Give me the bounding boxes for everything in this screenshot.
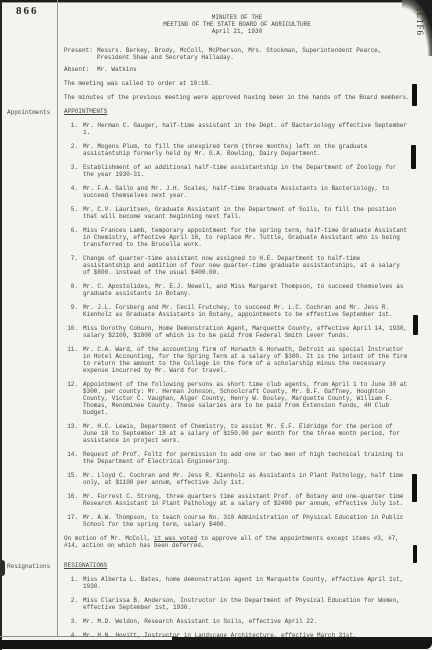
appointment-item: 11.Mr. C.A. Ward, of the accounting firm… — [64, 346, 410, 374]
item-text: Change of quarter-time assistant now ass… — [78, 255, 410, 276]
appointments-motion: On motion of Mr. McColl, it was voted to… — [64, 535, 410, 549]
appointment-item: 15.Mr. Lloyd C. Cochran and Mr. Jess R. … — [64, 472, 410, 486]
item-text: Miss Dorothy Coburn, Home Demonstration … — [78, 325, 410, 339]
resignations-margin-label: Resignations — [0, 562, 58, 646]
resignation-item: 3.Mr. M.D. Weldon, Research Assistant in… — [64, 618, 410, 625]
resignations-heading: RESIGNATIONS — [64, 562, 410, 569]
item-number: 7. — [64, 255, 78, 276]
absent-names: Mr. Watkins — [97, 66, 410, 73]
item-number: 16. — [64, 493, 78, 507]
item-number: 1. — [64, 122, 78, 136]
item-text: Request of Prof. Foltz for permission to… — [78, 451, 410, 465]
absent-line: Absent: Mr. Watkins — [64, 66, 410, 73]
title-line-2: MEETING OF THE STATE BOARD OF AGRICULTUR… — [64, 21, 410, 28]
item-text: Mr. J.L. Forsberg and Mr. Cecil Frutchey… — [78, 304, 410, 318]
item-number: 17. — [64, 514, 78, 528]
item-text: Mr. C.A. Ward, of the accounting firm of… — [78, 346, 410, 374]
item-number: 13. — [64, 423, 78, 444]
item-text: Mr. A.W. Thompson, to teach course No. 3… — [78, 514, 410, 528]
item-text: Mr. H.C. Lewis, Department of Chemistry,… — [78, 423, 410, 444]
item-number: 5. — [64, 206, 78, 220]
appointment-item: 17.Mr. A.W. Thompson, to teach course No… — [64, 514, 410, 528]
resignations-section: Resignations RESIGNATIONS 1.Miss Alberta… — [0, 562, 432, 646]
item-text: Miss Alberta L. Bates, home demonstratio… — [78, 576, 410, 590]
item-text: Mr. Herman C. Gauger, half-time assistan… — [78, 122, 410, 136]
item-text: Mr. C. Apostolides, Mr. E.J. Newell, and… — [78, 283, 410, 297]
item-number: 2. — [64, 597, 78, 611]
item-number: 8. — [64, 283, 78, 297]
item-text: Mr. F.A. Gallo and Mr. J.H. Scales, half… — [78, 185, 410, 199]
item-text: Establishment of an additional half-time… — [78, 164, 410, 178]
appointment-item: 10.Miss Dorothy Coburn, Home Demonstrati… — [64, 325, 410, 339]
appointment-item: 1.Mr. Herman C. Gauger, half-time assist… — [64, 122, 410, 136]
resignation-item: 2.Miss Clarissa B. Anderson, Instructor … — [64, 597, 410, 611]
title-line-3: April 21, 1930 — [64, 28, 410, 35]
item-text: Miss Frances Lamb, temporary appointment… — [78, 227, 410, 248]
item-text: Mr. C.V. Lauritsen, Graduate Assistant i… — [78, 206, 410, 220]
scan-edge-top-shadow — [0, 2, 432, 3]
appointment-item: 9.Mr. J.L. Forsberg and Mr. Cecil Frutch… — [64, 304, 410, 318]
item-number: 4. — [64, 185, 78, 199]
called-to-order-paragraph: The meeting was called to order at 10:18… — [64, 80, 410, 87]
appointment-item: 13.Mr. H.C. Lewis, Department of Chemist… — [64, 423, 410, 444]
item-number: 9. — [64, 304, 78, 318]
present-line: Present: Messrs. Berkey, Brody, McColl, … — [64, 47, 410, 61]
minutes-approved-paragraph: The minutes of the previous meeting were… — [64, 94, 410, 101]
item-text: Appointment of the following persons as … — [78, 381, 410, 416]
present-label: Present: — [64, 47, 97, 61]
appointments-margin-label: Appointments — [0, 108, 58, 557]
item-number: 3. — [64, 618, 78, 625]
appointment-item: 12.Appointment of the following persons … — [64, 381, 410, 416]
item-number: 11. — [64, 346, 78, 374]
appointment-item: 4.Mr. F.A. Gallo and Mr. J.H. Scales, ha… — [64, 185, 410, 199]
item-number: 15. — [64, 472, 78, 486]
appointment-item: 16.Mr. Forrest C. Strong, three quarters… — [64, 493, 410, 507]
item-number: 14. — [64, 451, 78, 465]
appointment-item: 8.Mr. C. Apostolides, Mr. E.J. Newell, a… — [64, 283, 410, 297]
item-number: 4. — [64, 632, 78, 639]
item-number: 2. — [64, 143, 78, 157]
appointment-item: 5.Mr. C.V. Lauritsen, Graduate Assistant… — [64, 206, 410, 220]
item-text: Mr. H.N. Hovitt, Instructor in Landscape… — [78, 632, 410, 639]
scanned-minutes-page: 866 1L1F6 MINUTES OF THE MEETING OF THE … — [0, 0, 432, 650]
voted-underlined-phrase: it was voted — [154, 535, 197, 542]
appointments-heading: APPOINTMENTS — [64, 108, 410, 115]
item-number: 1. — [64, 576, 78, 590]
appointment-item: 2.Mr. Mogens Plum, to fill the unexpired… — [64, 143, 410, 157]
appointment-item: 14.Request of Prof. Foltz for permission… — [64, 451, 410, 465]
item-number: 3. — [64, 164, 78, 178]
header-row: MINUTES OF THE MEETING OF THE STATE BOAR… — [0, 10, 432, 108]
title-line-1: MINUTES OF THE — [64, 14, 410, 21]
present-names: Messrs. Berkey, Brody, McColl, McPherson… — [97, 47, 410, 61]
appointment-item: 3.Establishment of an additional half-ti… — [64, 164, 410, 178]
resignation-item: 4.Mr. H.N. Hovitt, Instructor in Landsca… — [64, 632, 410, 639]
item-text: Mr. M.D. Weldon, Research Assistant in S… — [78, 618, 410, 625]
item-number: 12. — [64, 381, 78, 416]
item-number: 10. — [64, 325, 78, 339]
absent-label: Absent: — [64, 66, 97, 73]
item-text: Mr. Lloyd C. Cochran and Mr. Jess R. Kie… — [78, 472, 410, 486]
item-number: 6. — [64, 227, 78, 248]
item-text: Mr. Forrest C. Strong, three quarters ti… — [78, 493, 410, 507]
appointment-item: 7.Change of quarter-time assistant now a… — [64, 255, 410, 276]
item-text: Miss Clarissa B. Anderson, Instructor in… — [78, 597, 410, 611]
appointments-section: Appointments APPOINTMENTS 1.Mr. Herman C… — [0, 108, 432, 557]
item-text: Mr. Mogens Plum, to fill the unexpired t… — [78, 143, 410, 157]
resignation-item: 1.Miss Alberta L. Bates, home demonstrat… — [64, 576, 410, 590]
appointment-item: 6.Miss Frances Lamb, temporary appointme… — [64, 227, 410, 248]
document-content: MINUTES OF THE MEETING OF THE STATE BOAR… — [0, 10, 432, 646]
document-title: MINUTES OF THE MEETING OF THE STATE BOAR… — [64, 14, 410, 35]
